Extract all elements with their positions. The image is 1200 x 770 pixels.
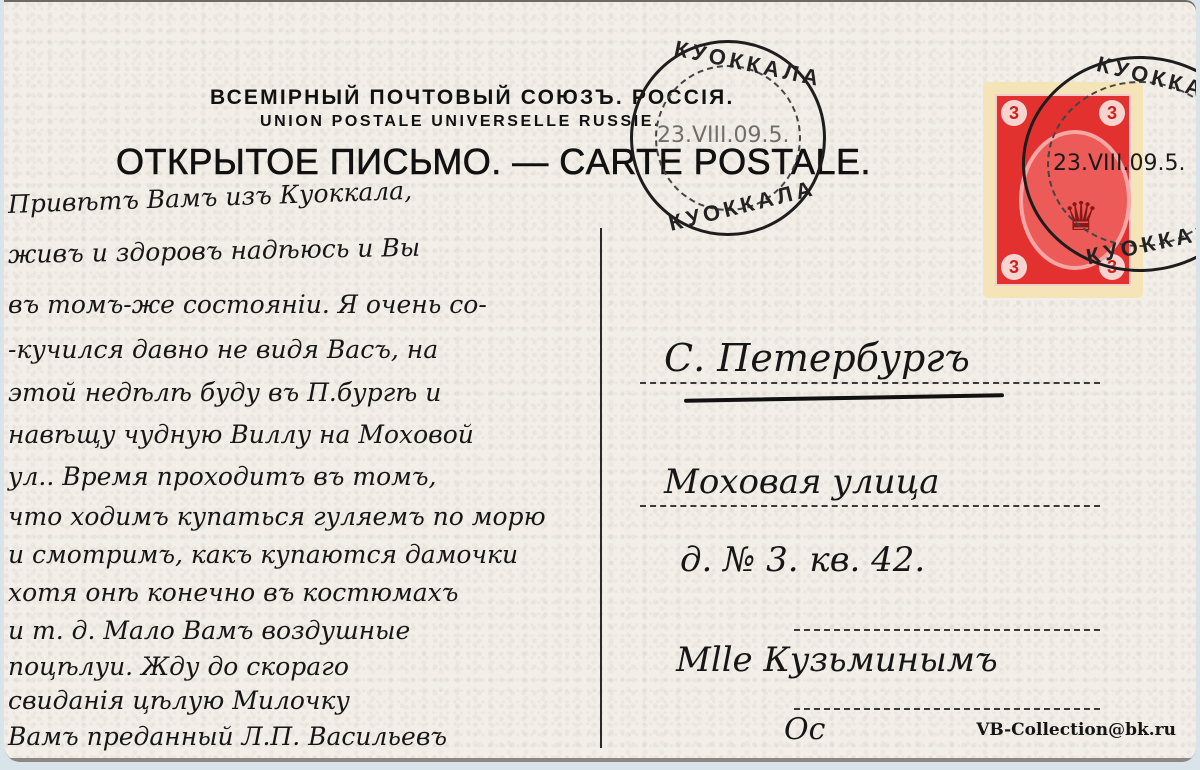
address-building: д. № 3. кв. 42. bbox=[680, 540, 925, 580]
address-recipient: Mlle Кузьминымъ bbox=[676, 640, 998, 680]
message-line: свиданiя цѣлую Милочку bbox=[8, 686, 350, 715]
city-underline bbox=[684, 393, 1004, 403]
message-address-divider bbox=[600, 228, 602, 748]
stamp-denomination-bl: 3 bbox=[1001, 254, 1027, 280]
message-line: что ходимъ купаться гуляемъ по морю bbox=[8, 502, 546, 531]
message-line: ул.. Время проходитъ въ томъ, bbox=[8, 462, 436, 491]
postmark-date: 23.VIII.09.5. bbox=[657, 123, 789, 148]
message-line: и смотримъ, какъ купаются дамочки bbox=[8, 540, 518, 569]
message-line: Привѣтъ Вамъ изъ Куоккала, bbox=[7, 176, 412, 219]
collection-watermark: VB-Collection@bk.ru bbox=[976, 720, 1176, 740]
address-street: Моховая улица bbox=[664, 462, 940, 502]
postmark-date: 23.VIII.09.5. bbox=[1053, 151, 1185, 176]
message-line: -кучился давно не видя Васъ, на bbox=[8, 335, 438, 364]
message-line: навѣщу чудную Виллу на Моховой bbox=[8, 420, 474, 449]
address-line-4 bbox=[794, 708, 1100, 710]
header-union-french: UNION POSTALE UNIVERSELLE RUSSIE. bbox=[260, 113, 661, 131]
message-line: поцѣлуи. Жду до скораго bbox=[8, 652, 349, 681]
stamp-denomination-tl: 3 bbox=[1001, 100, 1027, 126]
address-flourish: Ос bbox=[784, 712, 825, 747]
message-line: въ томъ-же состоянiи. Я очень со- bbox=[8, 290, 487, 319]
address-line-3 bbox=[794, 629, 1100, 631]
message-line: и т. д. Мало Вамъ воздушные bbox=[8, 616, 410, 645]
address-city: С. Петербургъ bbox=[664, 336, 970, 380]
postcard: ВСЕМIРНЫЙ ПОЧТОВЫЙ СОЮЗЪ. РОССIЯ. UNION … bbox=[4, 0, 1196, 762]
message-line: хотя онѣ конечно въ костюмахъ bbox=[8, 578, 458, 607]
message-line: этой недѣлѣ буду въ П.бургѣ и bbox=[8, 378, 441, 407]
postmark-left: КУОККАЛА 23.VIII.09.5. КУОККАЛА bbox=[630, 40, 826, 236]
address-line-2 bbox=[640, 505, 1100, 507]
message-line: живъ и здоровъ надѣюсь и Вы bbox=[8, 233, 421, 269]
signature-line: Вамъ преданный Л.П. Васильевъ bbox=[8, 722, 447, 751]
address-line-1 bbox=[640, 382, 1100, 384]
